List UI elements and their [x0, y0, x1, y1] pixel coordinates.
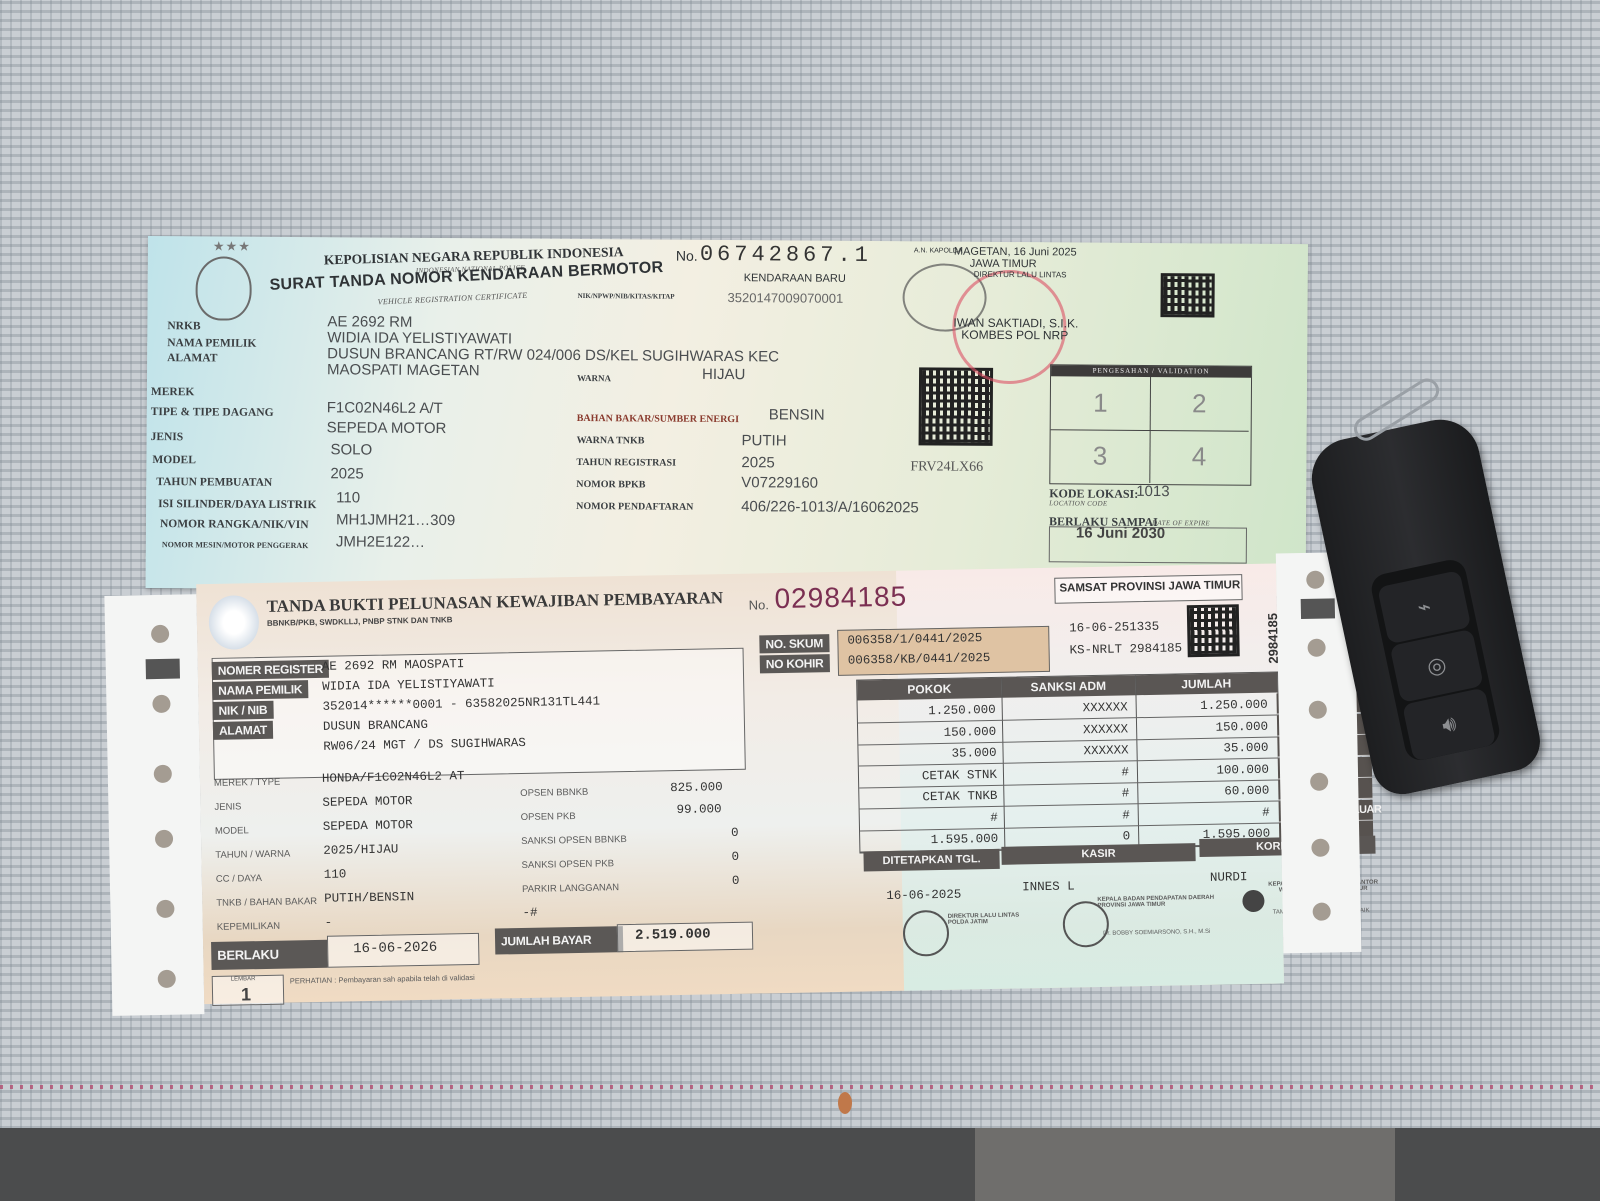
ref-code: KS-NRLT 2984185	[1069, 641, 1182, 657]
receipt-title: TANDA BUKTI PELUNASAN KEWAJIBAN PEMBAYAR…	[266, 588, 723, 617]
ref-date: 16-06-251335	[1069, 620, 1159, 636]
cell-sanksi: XXXXXX	[1008, 722, 1128, 738]
perforation-hole	[1311, 839, 1329, 857]
plate-color-value: PUTIH	[742, 432, 787, 449]
owner-label: NAMA PEMILIK	[212, 680, 308, 700]
queue-number-value: 406/226-1013/A/16062025	[741, 498, 919, 516]
cell-pokok: #	[866, 810, 998, 827]
korektor-value: NURDI	[1210, 870, 1248, 885]
mat-stain	[838, 1092, 852, 1114]
validation-box: PENGESAHAN / VALIDATION 1 2 3 4	[1049, 364, 1252, 485]
color-value: HIJAU	[702, 366, 745, 383]
perforation-hole	[1307, 639, 1325, 657]
vehicle-value: PUTIH/BENSIN	[324, 890, 414, 906]
cell-sanksi: #	[1010, 808, 1130, 824]
registration-value: AE 2692 RM MAOSPATI	[322, 657, 465, 674]
col-header-jumlah: JUMLAH	[1135, 672, 1277, 695]
cell-jumlah: 60.000	[1143, 784, 1269, 800]
perforation-hole	[151, 625, 169, 643]
perforation-hole	[158, 970, 176, 988]
lembar-box: LEMBAR 1	[212, 975, 285, 1006]
type-value: F1C02N46L2 A/T	[327, 399, 443, 417]
category-value: SEPEDA MOTOR	[327, 419, 447, 437]
field-label: MODEL	[152, 454, 196, 466]
bpkb-value: V07229160	[741, 474, 818, 492]
perforation-square	[146, 659, 180, 680]
payment-notice: PERHATIAN : Pembayaran sah apabila telah…	[290, 973, 475, 986]
skum-label: NO. SKUM	[759, 634, 829, 653]
nik-value: 3520147009070001	[728, 290, 844, 306]
cc-value: 110	[336, 489, 360, 506]
cell-jumlah: 150.000	[1142, 719, 1268, 735]
field-label: WARNA TNKB	[577, 435, 645, 446]
cell-jumlah: #	[1144, 805, 1270, 821]
kasir-label: KASIR	[1001, 843, 1195, 865]
cell-sanksi: #	[1009, 765, 1129, 781]
cell-pokok: CETAK TNKB	[865, 789, 997, 806]
field-label: TAHUN PEMBUATAN	[156, 476, 272, 489]
owner-label: NIK / NIB	[212, 701, 273, 720]
reg-year-value: 2025	[741, 454, 774, 471]
lembar-value: 1	[241, 984, 251, 1005]
cell-jumlah: 100.000	[1143, 762, 1269, 778]
field-label: WARNA	[577, 373, 611, 383]
signatory-title: DIREKTUR LALU LINTAS POLDA JATIM	[948, 912, 1038, 926]
qr-code-text: FRV24LX66	[910, 459, 983, 476]
vehicle-label: CC / DAYA	[216, 873, 262, 885]
opsen-value: 0	[731, 850, 739, 864]
ditetapkan-value: 16-06-2025	[886, 888, 961, 903]
fuel-value: BENSIN	[769, 406, 825, 423]
stnk-document: ★★★ KEPOLISIAN NEGARA REPUBLIK INDONESIA…	[146, 236, 1308, 596]
validation-cell: 2	[1150, 377, 1249, 432]
kode-lokasi-value: 1013	[1136, 483, 1169, 500]
vehicle-label: JENIS	[214, 801, 241, 813]
qr-code-icon	[919, 367, 994, 446]
floor-slab	[975, 1128, 1395, 1201]
cell-sanksi: XXXXXX	[1008, 743, 1128, 759]
owner-label: ALAMAT	[213, 721, 273, 740]
signatory-rank: KOMBES POL NRP	[961, 328, 1068, 343]
owner-label: NOMER REGISTER	[212, 660, 329, 680]
police-emblem-icon	[195, 256, 251, 320]
key-ring-icon	[1349, 374, 1443, 445]
payment-table: POKOK SANKSI ADM JUMLAH 1.250.000XXXXXX1…	[856, 671, 1281, 853]
mat-stitching	[0, 1085, 1600, 1089]
vehicle-label: TAHUN / WARNA	[215, 848, 290, 860]
field-label: ISI SILINDER/DAYA LISTRIK	[158, 498, 316, 511]
qr-code-icon	[1160, 273, 1214, 317]
vehicle-label: MEREK / TYPE	[214, 777, 281, 789]
side-number: 2984185	[1265, 613, 1281, 664]
berlaku-value: 16-06-2026	[353, 940, 437, 958]
field-label: NOMOR BPKB	[576, 479, 645, 490]
stnk-title-en: VEHICLE REGISTRATION CERTIFICATE	[377, 291, 527, 307]
cell-pokok: 150.000	[864, 724, 996, 741]
opsen-value: 825.000	[670, 780, 723, 795]
jumlah-bayar-value: 2.519.000	[635, 926, 711, 943]
tax-receipt: TANDA BUKTI PELUNASAN KEWAJIBAN PEMBAYAR…	[104, 552, 1362, 1016]
stnk-number: 06742867.1	[700, 242, 872, 268]
receipt-subtitle: BBNKB/PKB, SWDKLLJ, PNBP STNK DAN TNKB	[267, 615, 453, 628]
opsen-label: SANKSI OPSEN PKB	[522, 858, 615, 871]
ditetapkan-label: DITETAPKAN TGL.	[863, 849, 999, 872]
cell-jumlah: 1.250.000	[1142, 698, 1268, 714]
validation-cell: 3	[1050, 429, 1150, 483]
vehicle-label: MODEL	[215, 825, 249, 837]
opsen-value: 99.000	[676, 802, 721, 817]
office: DIREKTUR LALU LINTAS	[974, 270, 1067, 280]
kasir-value: INNES L	[1022, 879, 1075, 894]
cell-jumlah: 35.000	[1142, 741, 1268, 757]
vehicle-label: KEPEMILIKAN	[217, 921, 281, 933]
opsen-value: 0	[732, 874, 740, 888]
vehicle-label: TNKB / BAHAN BAKAR	[216, 896, 317, 909]
key-fob-button-pad: ⌁ ◎ 🔊︎	[1369, 557, 1502, 763]
signatory-title: KEPALA BADAN PENDAPATAN DAERAH PROVINSI …	[1097, 894, 1227, 908]
field-label: JENIS	[151, 431, 184, 443]
perforation-hole	[154, 765, 172, 783]
perforation-hole	[152, 695, 170, 713]
kohir-value: 006358/KB/0441/2025	[848, 651, 991, 668]
vehicle-value: 2025/HIJAU	[323, 842, 398, 857]
perforation-hole	[155, 830, 173, 848]
perforated-strip-left	[104, 594, 204, 1016]
perforation-hole	[156, 900, 174, 918]
cell-sanksi: XXXXXX	[1008, 700, 1128, 716]
expiry-date: 16 Juni 2030	[1076, 524, 1165, 542]
vin-value: MH1JMH21…309	[336, 511, 455, 529]
cell-pokok: 35.000	[864, 746, 996, 763]
opsen-label: OPSEN BBNKB	[520, 787, 588, 799]
receipt-body: TANDA BUKTI PELUNASAN KEWAJIBAN PEMBAYAR…	[196, 563, 1284, 1004]
opsen-label: PARKIR LANGGANAN	[522, 882, 619, 895]
skum-value: 006358/1/0441/2025	[847, 631, 982, 648]
model-value: SOLO	[330, 441, 372, 458]
field-label: NRKB	[167, 320, 200, 332]
berlaku-label: BERLAKU	[211, 940, 328, 970]
vehicle-value: SEPEDA MOTOR	[323, 818, 413, 834]
validation-cell: 4	[1149, 430, 1248, 484]
year-value: 2025	[330, 465, 363, 482]
perforation-hole	[1309, 701, 1327, 719]
validation-cell: 1	[1051, 376, 1151, 431]
kohir-label: NO KOHIR	[760, 654, 830, 673]
field-label: TIPE & TIPE DAGANG	[151, 406, 274, 419]
vehicle-value: -	[325, 916, 333, 930]
field-label: NOMOR RANGKA/NIK/VIN	[160, 518, 309, 531]
field-label: TAHUN REGISTRASI	[576, 457, 676, 469]
nik-label: NIK/NPWP/NIB/KITAS/KITAP	[578, 292, 675, 301]
cell-pokok: 1.595.000	[866, 832, 998, 849]
kode-lokasi-sub: LOCATION CODE	[1049, 499, 1107, 507]
samsat-box: SAMSAT PROVINSI JAWA TIMUR	[1054, 574, 1242, 604]
perforation-hole	[1306, 571, 1324, 589]
receipt-number-label: No.	[749, 597, 770, 612]
perforation-hole	[1312, 903, 1330, 921]
samsat-label: SAMSAT PROVINSI JAWA TIMUR	[1059, 579, 1240, 594]
place-date: MAGETAN, 16 Juni 2025	[954, 246, 1077, 259]
opsen-label: SANKSI OPSEN BBNKB	[521, 834, 627, 847]
field-label: ALAMAT	[167, 352, 217, 364]
opsen-value: -#	[522, 906, 537, 920]
address-value: DUSUN BRANCANG	[323, 718, 428, 734]
perforation-hole	[1310, 773, 1328, 791]
cell-pokok: CETAK STNK	[865, 767, 997, 784]
address-value-2: MAOSPATI MAGETAN	[327, 361, 480, 379]
star-icon: ★★★	[213, 238, 251, 254]
opsen-value: 0	[731, 826, 739, 840]
vehicle-value: SEPEDA MOTOR	[322, 794, 412, 810]
field-label: MEREK	[151, 386, 195, 398]
field-label: NAMA PEMILIK	[167, 337, 256, 350]
engine-value: JMH2E122…	[336, 533, 425, 551]
kendaraan-baru: KENDARAAN BARU	[744, 272, 846, 285]
jumlah-bayar-label: JUMLAH BAYAR	[495, 926, 623, 954]
cell-pokok: 1.250.000	[864, 703, 996, 720]
perforation-square	[1301, 598, 1335, 619]
vehicle-value: 110	[324, 867, 347, 881]
nrkb-value: AE 2692 RM	[327, 313, 412, 331]
qr-code-icon	[1187, 604, 1240, 657]
receipt-number: 02984185	[774, 581, 907, 616]
lembar-label: LEMBAR	[231, 976, 256, 982]
field-label: NOMOR MESIN/MOTOR PENGGERAK	[162, 540, 309, 550]
samsat-logo-icon	[208, 595, 259, 650]
cell-sanksi: 0	[1010, 829, 1130, 845]
cell-sanksi: #	[1009, 786, 1129, 802]
region: JAWA TIMUR	[970, 258, 1037, 270]
field-label: NOMOR PENDAFTARAN	[576, 501, 693, 513]
field-label: BAHAN BAKAR/SUMBER ENERGI	[577, 413, 739, 425]
opsen-label: OPSEN PKB	[521, 811, 576, 823]
vehicle-value: HONDA/F1C02N46L2 AT	[322, 769, 465, 786]
floor-tiles	[0, 1128, 1600, 1201]
stnk-number-label: No.	[676, 248, 698, 264]
